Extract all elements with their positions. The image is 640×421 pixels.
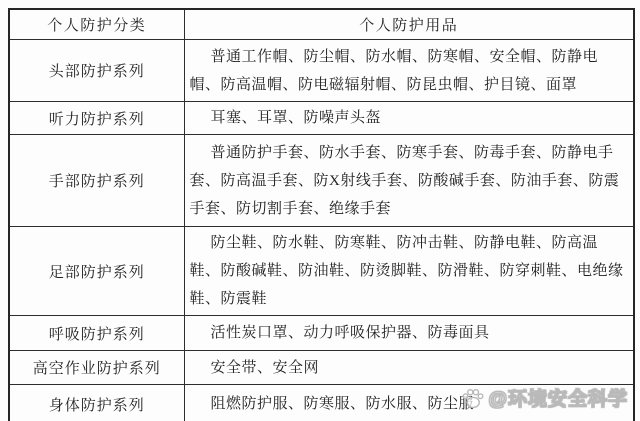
category-cell: 手部防护系列 <box>9 135 184 227</box>
items-cell: 普通防护手套、防水手套、防寒手套、防毒手套、防静电手套、防高温手套、防X射线手套… <box>184 135 634 227</box>
ppe-classification-table: 个人防护分类 个人防护用品 头部防护系列 普通工作帽、防尘帽、防水帽、防寒帽、安… <box>8 8 635 421</box>
items-cell: 普通工作帽、防尘帽、防水帽、防寒帽、安全帽、防静电帽、防高温帽、防电磁辐射帽、防… <box>184 40 634 102</box>
header-items-cell: 个人防护用品 <box>184 9 634 40</box>
items-cell: 阻燃防护服、防寒服、防水服、防尘服 <box>184 385 634 421</box>
table-row-hearing-protection: 听力防护系列 耳塞、耳罩、防噪声头盔 <box>9 102 634 135</box>
table-row-head-protection: 头部防护系列 普通工作帽、防尘帽、防水帽、防寒帽、安全帽、防静电帽、防高温帽、防… <box>9 40 634 102</box>
category-cell: 高空作业防护系列 <box>9 351 184 385</box>
items-cell: 防尘鞋、防水鞋、防寒鞋、防冲击鞋、防静电鞋、防高温鞋、防酸碱鞋、防油鞋、防烫脚鞋… <box>184 227 634 316</box>
table-header-row: 个人防护分类 个人防护用品 <box>9 9 634 40</box>
category-cell: 身体防护系列 <box>9 385 184 421</box>
category-cell: 听力防护系列 <box>9 102 184 135</box>
table-row-hand-protection: 手部防护系列 普通防护手套、防水手套、防寒手套、防毒手套、防静电手套、防高温手套… <box>9 135 634 227</box>
category-cell: 足部防护系列 <box>9 227 184 316</box>
table-row-respiratory-protection: 呼吸防护系列 活性炭口罩、动力呼吸保护器、防毒面具 <box>9 316 634 351</box>
items-cell: 耳塞、耳罩、防噪声头盔 <box>184 102 634 135</box>
table-row-foot-protection: 足部防护系列 防尘鞋、防水鞋、防寒鞋、防冲击鞋、防静电鞋、防高温鞋、防酸碱鞋、防… <box>9 227 634 316</box>
items-cell: 活性炭口罩、动力呼吸保护器、防毒面具 <box>184 316 634 351</box>
header-category-cell: 个人防护分类 <box>9 9 184 40</box>
items-cell: 安全带、安全网 <box>184 351 634 385</box>
category-cell: 头部防护系列 <box>9 40 184 102</box>
category-cell: 呼吸防护系列 <box>9 316 184 351</box>
table-row-body-protection: 身体防护系列 阻燃防护服、防寒服、防水服、防尘服 <box>9 385 634 421</box>
table-row-high-altitude-protection: 高空作业防护系列 安全带、安全网 <box>9 351 634 385</box>
page: 个人防护分类 个人防护用品 头部防护系列 普通工作帽、防尘帽、防水帽、防寒帽、安… <box>0 0 640 421</box>
